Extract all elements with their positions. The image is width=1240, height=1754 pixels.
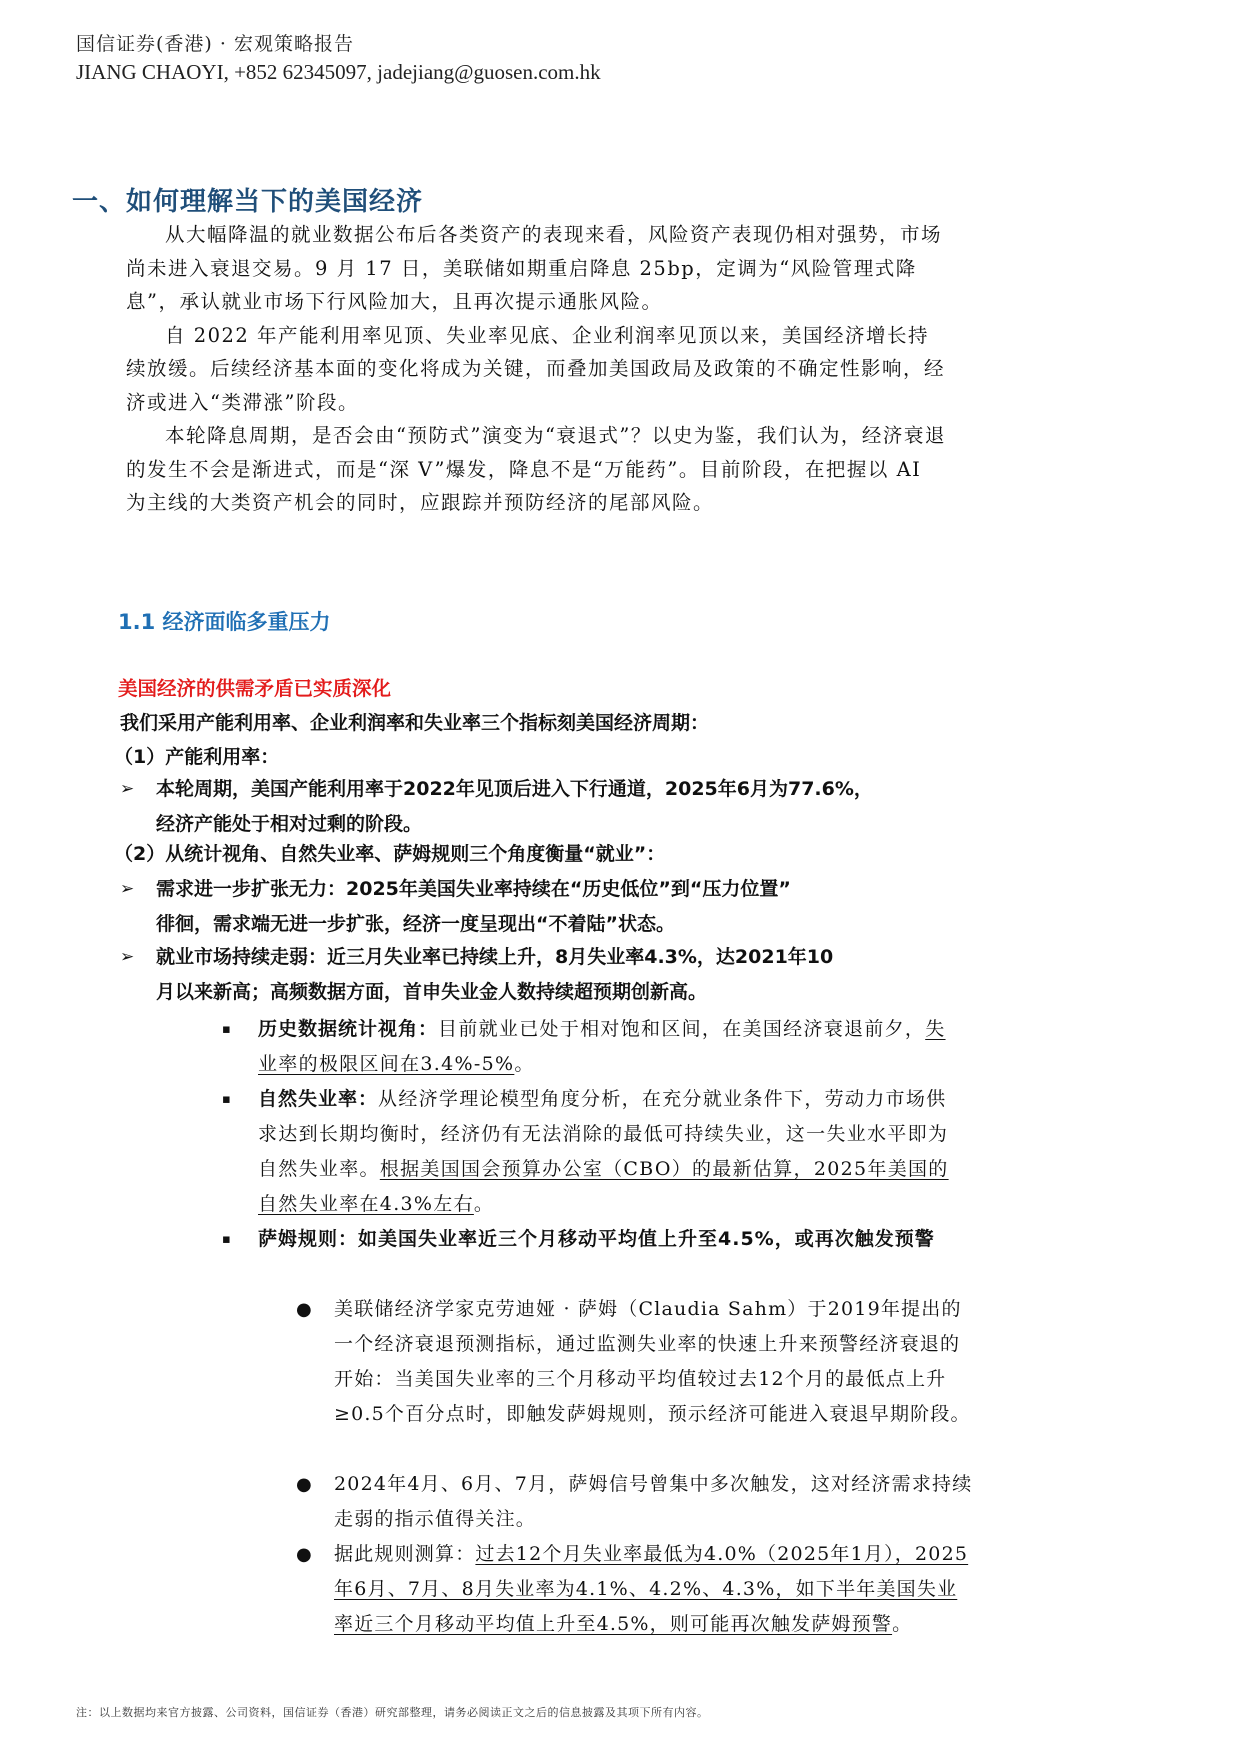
dot-bullet-icon: ● [296, 1467, 313, 1502]
sub-list-item: ▪ 自然失业率：从经济学理论模型角度分析，在充分就业条件下，劳动力市场供求达到长… [222, 1082, 952, 1222]
section-title: 一、如何理解当下的美国经济 [72, 181, 423, 218]
sahm-point: ● 据此规则测算：过去12个月失业率最低为4.0%（2025年1月），2025年… [296, 1537, 976, 1642]
report-org-line: 国信证券(香港) · 宏观策略报告 [76, 30, 601, 58]
subsection-title: 1.1 经济面临多重压力 [118, 606, 331, 636]
square-bullet-icon: ▪ [222, 1012, 231, 1047]
paragraph-1: 从大幅降温的就业数据公布后各类资产的表现来看，风险资产表现仍相对强势，市场尚未进… [126, 218, 946, 319]
intro-paragraphs: 从大幅降温的就业数据公布后各类资产的表现来看，风险资产表现仍相对强势，市场尚未进… [126, 218, 946, 520]
part2-label-block: （2）从统计视角、自然失业率、萨姆规则三个角度衡量“就业”： [114, 838, 964, 872]
analyst-contact: JIANG CHAOYI, +852 62345097, jadejiang@g… [76, 58, 601, 86]
paragraph-2: 自 2022 年产能利用率见顶、失业率见底、企业利润率见顶以来，美国经济增长持续… [126, 319, 946, 420]
highlight-subtitle: 美国经济的供需矛盾已实质深化 [118, 673, 391, 701]
sahm-point: ● 2024年4月、6月、7月，萨姆信号曾集中多次触发，这对经济需求持续走弱的指… [296, 1467, 976, 1537]
square-bullet-icon: ▪ [222, 1082, 231, 1117]
indicator-intro: 我们采用产能利用率、企业利润率和失业率三个指标刻美国经济周期： （1）产能利用率… [120, 707, 970, 774]
footer-note: 注：以上数据均来官方披露、公司资料，国信证券（香港）研究部整理，请务必阅读正文之… [76, 1704, 709, 1720]
list-item: ➢ 本轮周期，美国产能利用率于2022年见顶后进入下行通道，2025年6月为77… [120, 772, 960, 842]
part2-label: （2）从统计视角、自然失业率、萨姆规则三个角度衡量“就业”： [114, 838, 964, 872]
indicator-intro-text: 我们采用产能利用率、企业利润率和失业率三个指标刻美国经济周期： [120, 707, 970, 741]
arrow-bullet-icon: ➢ [120, 872, 134, 907]
list-item: ➢ 就业市场持续走弱：近三月失业率已持续上升，8月失业率4.3%，达2021年1… [120, 940, 960, 1010]
sub-list-item: ▪ 历史数据统计视角：目前就业已处于相对饱和区间，在美国经济衰退前夕，失业率的极… [222, 1012, 952, 1082]
square-bullet-icon: ▪ [222, 1222, 231, 1257]
list-item: ➢ 需求进一步扩张无力：2025年美国失业率持续在“历史低位”到“压力位置” 徘… [120, 872, 960, 942]
arrow-bullet-icon: ➢ [120, 772, 134, 807]
sahm-point: ● 美联储经济学家克劳迪娅 · 萨姆（Claudia Sahm）于2019年提出… [296, 1292, 976, 1432]
dot-bullet-icon: ● [296, 1292, 313, 1327]
arrow-bullet-icon: ➢ [120, 940, 134, 975]
paragraph-3: 本轮降息周期，是否会由“预防式”演变为“衰退式”？以史为鉴，我们认为，经济衰退的… [126, 419, 946, 520]
dot-bullet-icon: ● [296, 1537, 313, 1572]
part1-label: （1）产能利用率： [114, 741, 970, 775]
sub-list-item: ▪ 萨姆规则：如美国失业率近三个月移动平均值上升至4.5%，或再次触发预警 [222, 1222, 952, 1257]
report-header: 国信证券(香港) · 宏观策略报告 JIANG CHAOYI, +852 623… [76, 30, 601, 86]
